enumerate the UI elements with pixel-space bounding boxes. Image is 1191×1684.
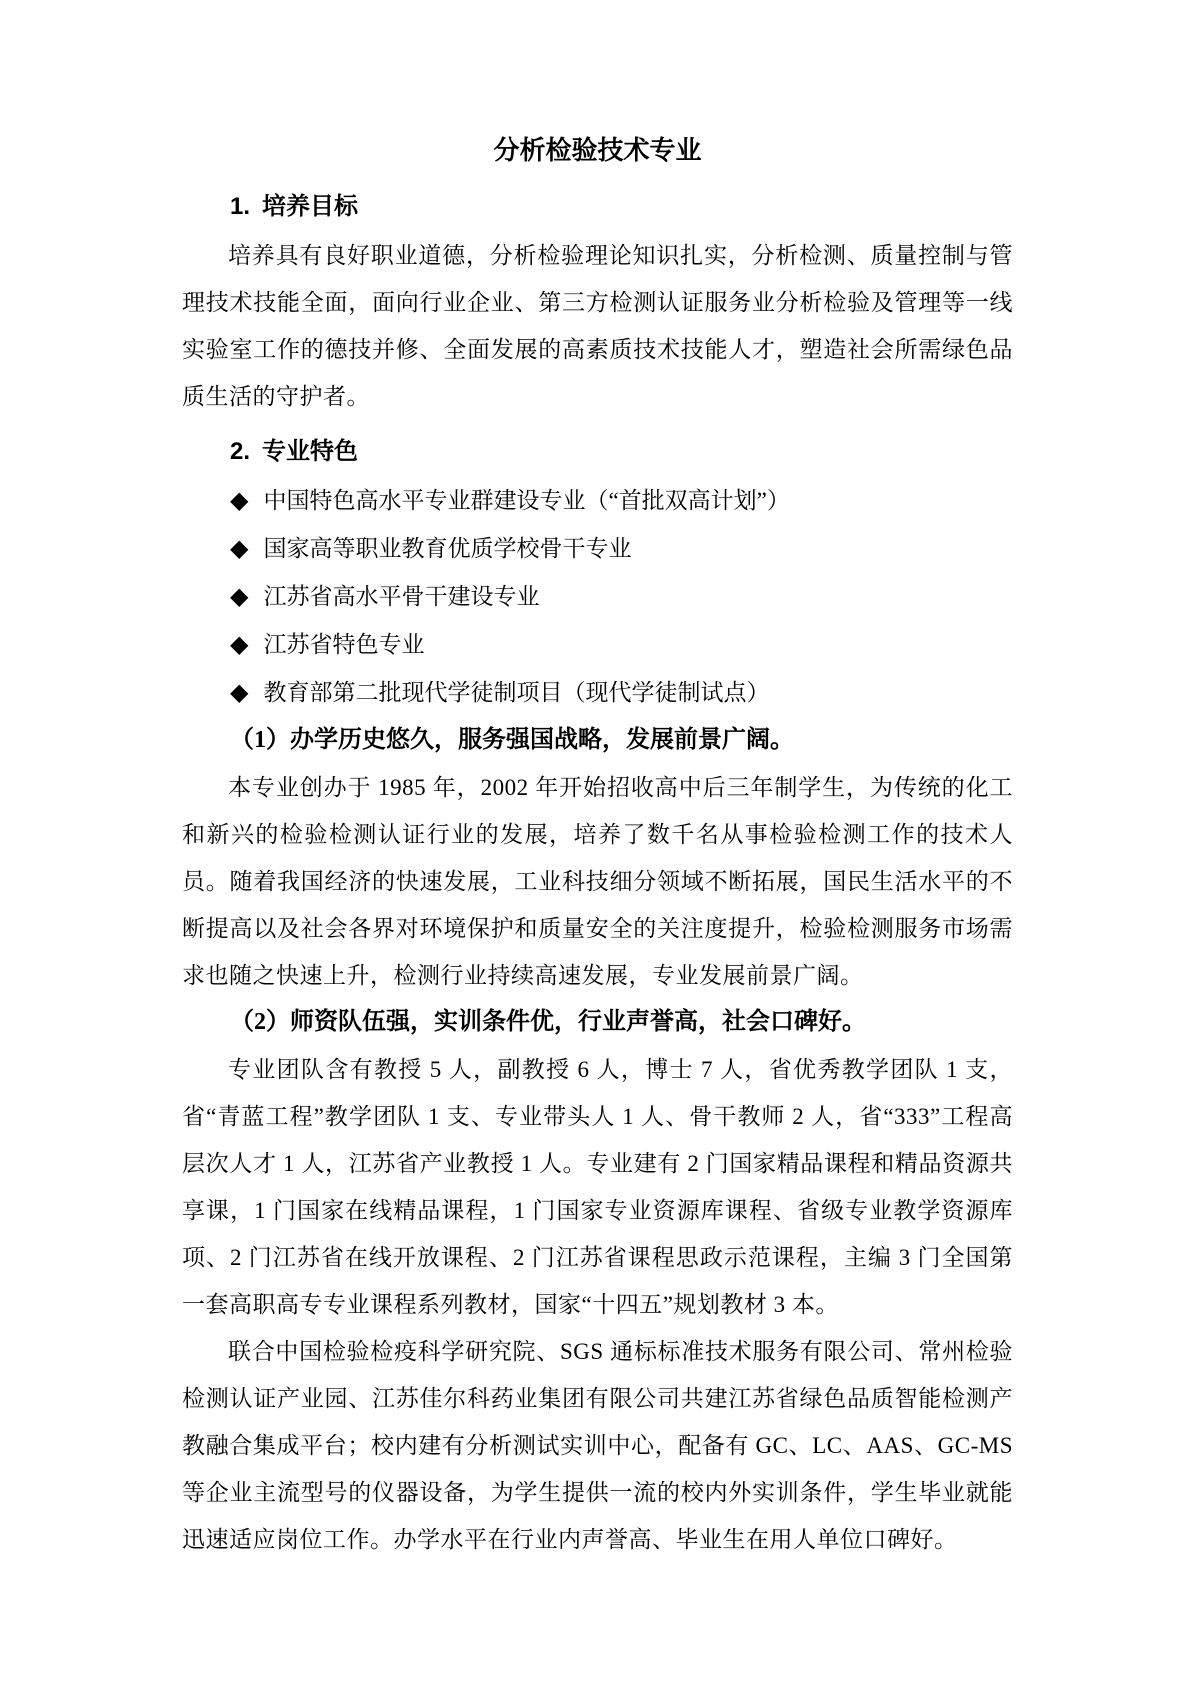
- bullet-label: 国家高等职业教育优质学校骨干专业: [263, 536, 631, 561]
- diamond-bullet-icon: ◆: [230, 526, 248, 573]
- section-1-paragraph: 培养具有良好职业道德，分析检验理论知识扎实，分析检测、质量控制与管理技术技能全面…: [182, 232, 1013, 420]
- bullet-item: ◆教育部第二批现代学徒制项目（现代学徒制试点）: [182, 669, 1013, 717]
- bullet-item: ◆中国特色高水平专业群建设专业（“首批双高计划”）: [182, 477, 1013, 525]
- diamond-bullet-icon: ◆: [230, 574, 248, 621]
- feature-bullet-list: ◆中国特色高水平专业群建设专业（“首批双高计划”） ◆国家高等职业教育优质学校骨…: [182, 477, 1013, 717]
- subsection-1-paragraph: 本专业创办于 1985 年，2002 年开始招收高中后三年制学生，为传统的化工和…: [182, 764, 1013, 999]
- bullet-label: 教育部第二批现代学徒制项目（现代学徒制试点）: [263, 680, 769, 705]
- bullet-label: 江苏省特色专业: [263, 632, 424, 657]
- subsection-2-paragraph-2: 联合中国检验检疫科学研究院、SGS 通标标准技术服务有限公司、常州检验检测认证产…: [182, 1328, 1013, 1563]
- section-1-heading: 1. 培养目标: [182, 183, 1013, 230]
- section-2-heading: 2. 专业特色: [182, 428, 1013, 475]
- diamond-bullet-icon: ◆: [230, 622, 248, 669]
- diamond-bullet-icon: ◆: [230, 478, 248, 525]
- subsection-2-heading: （2）师资队伍强，实训条件优，行业声誉高，社会口碑好。: [182, 999, 1013, 1046]
- document-page: 分析检验技术专业 1. 培养目标 培养具有良好职业道德，分析检验理论知识扎实，分…: [0, 0, 1191, 1684]
- bullet-label: 江苏省高水平骨干建设专业: [263, 584, 539, 609]
- bullet-item: ◆国家高等职业教育优质学校骨干专业: [182, 525, 1013, 573]
- bullet-item: ◆江苏省高水平骨干建设专业: [182, 573, 1013, 621]
- bullet-label: 中国特色高水平专业群建设专业（“首批双高计划”）: [263, 488, 789, 513]
- diamond-bullet-icon: ◆: [230, 670, 248, 717]
- subsection-2-paragraph-1: 专业团队含有教授 5 人，副教授 6 人，博士 7 人，省优秀教学团队 1 支，…: [182, 1046, 1013, 1328]
- bullet-item: ◆江苏省特色专业: [182, 621, 1013, 669]
- subsection-1-heading: （1）办学历史悠久，服务强国战略，发展前景广阔。: [182, 717, 1013, 764]
- document-title: 分析检验技术专业: [182, 127, 1013, 174]
